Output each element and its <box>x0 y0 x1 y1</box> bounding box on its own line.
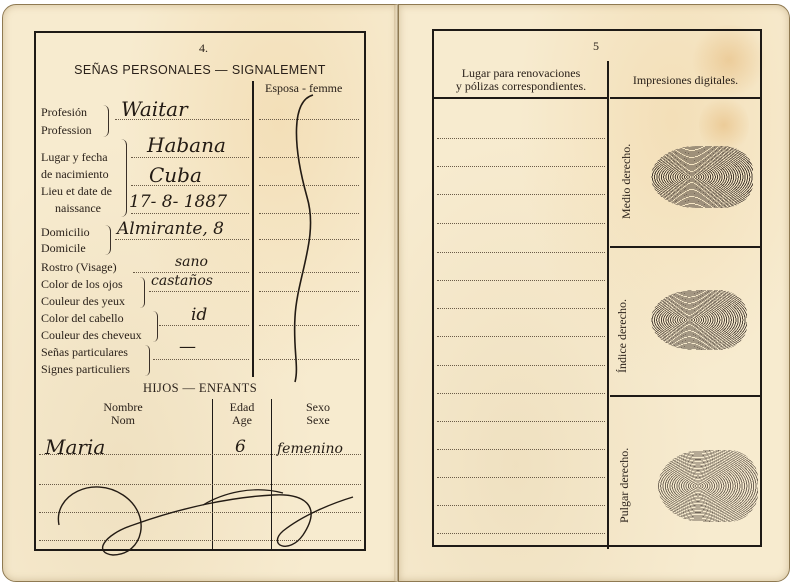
label-lugar-y-fecha: Lugar y fecha <box>41 150 108 164</box>
renewal-line <box>437 308 605 309</box>
brace <box>103 105 109 137</box>
value-birth-city: Habana <box>147 133 226 157</box>
renewal-line <box>437 223 605 224</box>
child-name: Maria <box>45 435 105 459</box>
fingerprint-row-divider <box>610 395 761 397</box>
dotted-line <box>131 157 249 158</box>
value-profession: Waitar <box>121 97 188 121</box>
brace <box>145 345 150 376</box>
value-distinguishing-marks: — <box>179 337 196 357</box>
section-title-signalement: SEÑAS PERSONALES — SIGNALEMENT <box>3 63 397 77</box>
label-profesion: Profesión <box>41 105 87 119</box>
dotted-line <box>115 119 249 120</box>
label-signes-particuliers: Signes particuliers <box>41 362 130 376</box>
renewal-line <box>437 280 605 281</box>
col-name-fr: Nom <box>83 414 163 427</box>
renewals-header-line-2: y pólizas correspondientes. <box>435 80 607 93</box>
renewal-line <box>437 477 605 478</box>
fingerprints-header-rule <box>610 97 761 99</box>
dotted-line <box>131 213 249 214</box>
dotted-line <box>159 325 249 326</box>
label-color-ojos: Color de los ojos <box>41 277 123 291</box>
renewal-line <box>437 252 605 253</box>
fingerprint-label-indice: Índice derecho. <box>615 299 630 373</box>
dotted-line <box>39 454 361 455</box>
dotted-line <box>149 291 249 292</box>
renewal-line <box>437 393 605 394</box>
renewals-header-rule <box>434 97 607 99</box>
value-birth-date: 17- 8- 1887 <box>129 192 227 212</box>
children-col-sex: Sexo Sexe <box>273 401 363 427</box>
value-face: sano <box>175 254 208 270</box>
children-col-age: Edad Age <box>213 401 271 427</box>
signature-flourish <box>53 475 373 565</box>
renewal-line <box>437 194 605 195</box>
brace <box>121 139 127 217</box>
value-birth-country: Cuba <box>149 163 202 187</box>
label-domicilio: Domicilio <box>41 225 90 239</box>
label-rostro: Rostro (Visage) <box>41 260 117 274</box>
label-domicile: Domicile <box>41 241 86 255</box>
children-title: HIJOS — ENFANTS <box>3 381 397 396</box>
label-couleur-yeux: Couleur des yeux <box>41 294 125 308</box>
label-profession: Profession <box>41 123 92 137</box>
spouse-column-divider <box>252 81 254 377</box>
page-number-5: 5 <box>593 39 599 54</box>
fingerprint-indice-derecho <box>651 290 747 350</box>
brace <box>105 225 111 255</box>
brace <box>140 277 145 308</box>
label-de-nacimiento: de nacimiento <box>41 167 109 181</box>
renewal-line <box>437 336 605 337</box>
fingerprint-label-pulgar: Pulgar derecho. <box>617 448 632 523</box>
spouse-strike-through-mark <box>273 87 333 387</box>
col-sex-fr: Sexe <box>273 414 363 427</box>
dotted-line <box>153 359 249 360</box>
page-number-4: 4. <box>199 41 208 56</box>
renewal-line <box>437 365 605 366</box>
renewal-line <box>437 449 605 450</box>
col-age-fr: Age <box>213 414 271 427</box>
fingerprint-pulgar-derecho <box>658 450 758 522</box>
right-column-divider <box>607 61 609 549</box>
passport-booklet: 4. SEÑAS PERSONALES — SIGNALEMENT Esposa… <box>0 4 800 584</box>
label-couleur-cheveux: Couleur des cheveux <box>41 328 142 342</box>
renewal-line <box>437 138 605 139</box>
renewal-line <box>437 421 605 422</box>
value-domicile: Almirante, 8 <box>117 219 224 239</box>
page-left: 4. SEÑAS PERSONALES — SIGNALEMENT Esposa… <box>2 4 398 582</box>
label-lieu-et-date: Lieu et date de <box>41 184 112 198</box>
label-color-cabello: Color del cabello <box>41 311 124 325</box>
renewal-line <box>437 533 605 534</box>
children-col-name: Nombre Nom <box>83 401 163 427</box>
value-eye-color: castaños <box>151 273 213 289</box>
fingerprint-medio-derecho <box>651 146 753 208</box>
value-hair-color: id <box>191 305 207 325</box>
renewals-header: Lugar para renovaciones y pólizas corres… <box>435 67 607 93</box>
renewal-line <box>437 505 605 506</box>
fingerprints-header: Impresiones digitales. <box>610 74 761 87</box>
dotted-line <box>131 185 249 186</box>
dotted-line <box>115 239 249 240</box>
label-senas-particulares: Señas particulares <box>41 345 128 359</box>
renewal-line <box>437 166 605 167</box>
brace <box>153 311 158 342</box>
fingerprint-row-divider <box>610 246 761 248</box>
label-naissance: naissance <box>55 201 101 215</box>
fingerprint-label-medio: Medio derecho. <box>619 144 634 219</box>
